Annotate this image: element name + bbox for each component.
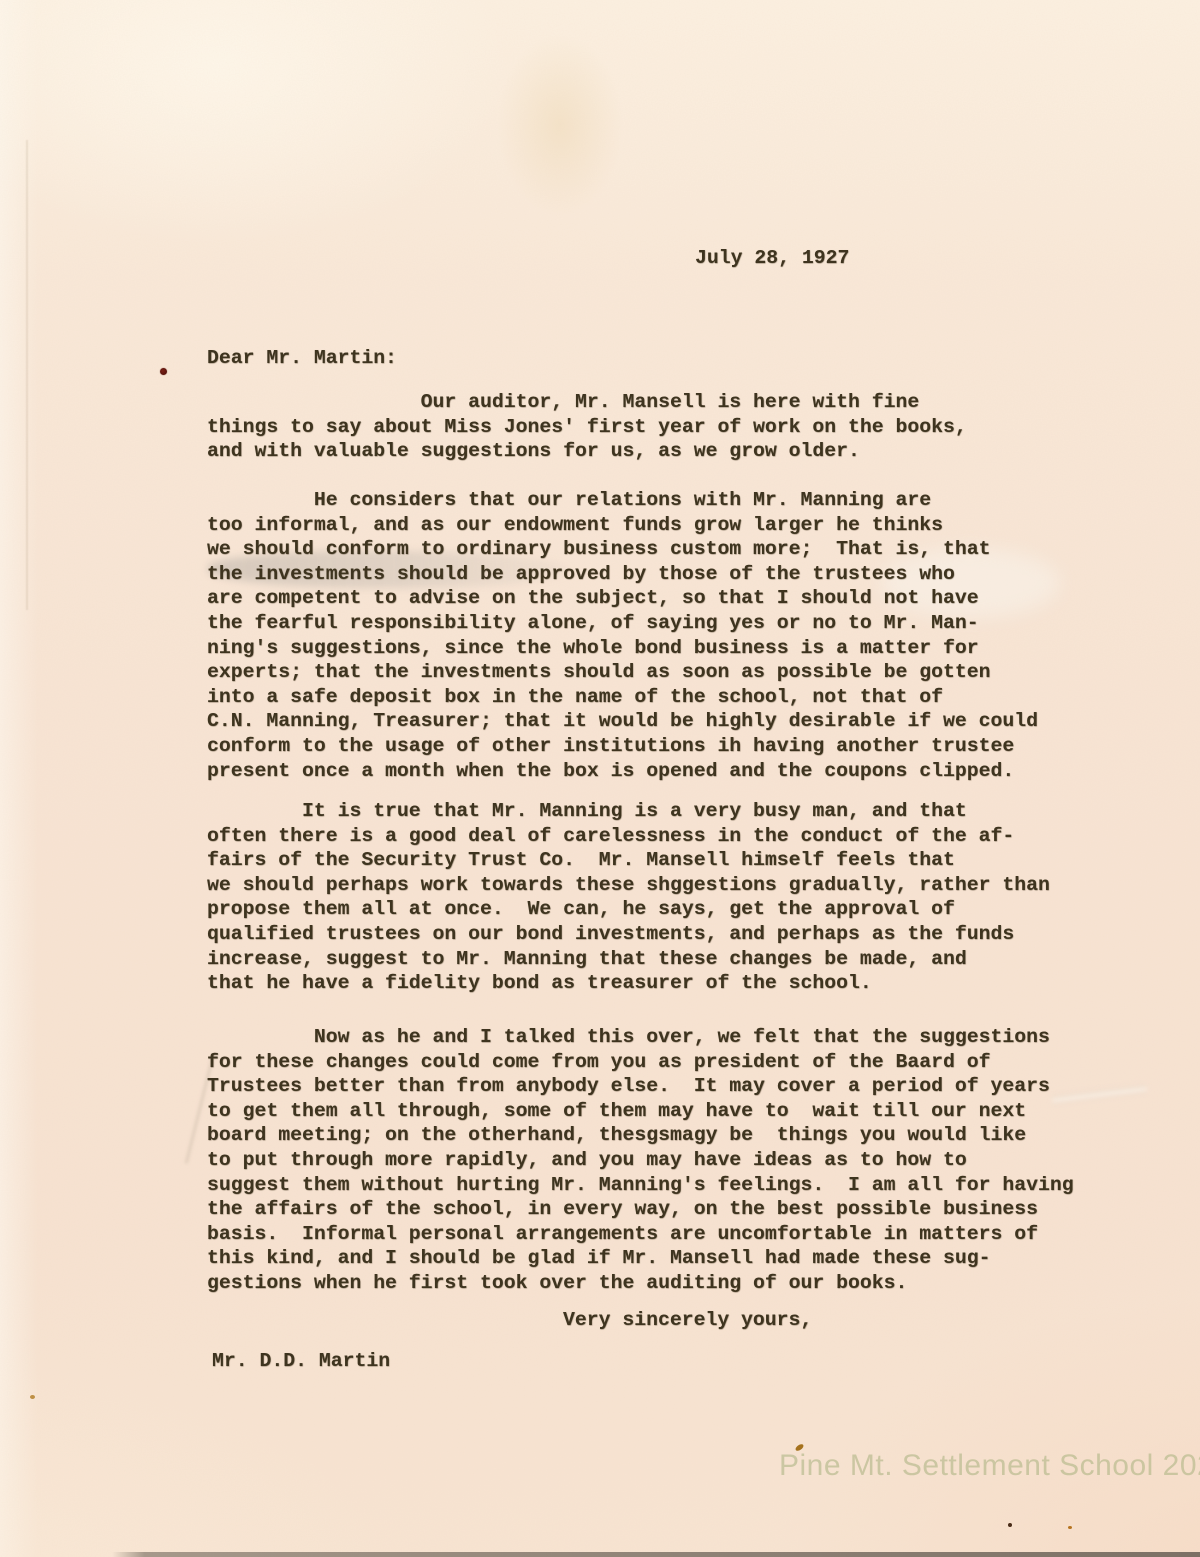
date-text: July 28, 1927 xyxy=(695,246,849,271)
letter-line: increase, suggest to Mr. Manning that th… xyxy=(207,947,1050,972)
letter-line: C.N. Manning, Treasurer; that it would b… xyxy=(207,709,1038,734)
letter-line: to put through more rapidly, and you may… xyxy=(207,1148,1074,1173)
paragraph-3: It is true that Mr. Manning is a very bu… xyxy=(207,799,1050,996)
paper-speck xyxy=(30,1395,35,1399)
letter-line: suggest them without hurting Mr. Manning… xyxy=(207,1173,1074,1198)
paragraph-1: Our auditor, Mr. Mansell is here with fi… xyxy=(207,390,967,464)
letter-date: July 28, 1927 xyxy=(695,246,849,271)
letter-line: are competent to advise on the subject, … xyxy=(207,586,1038,611)
letter-line: to get them all through, some of them ma… xyxy=(207,1099,1074,1124)
paper-fold-line xyxy=(26,140,28,610)
letter-line: the affairs of the school, in every way,… xyxy=(207,1197,1074,1222)
letter-line: fairs of the Security Trust Co. Mr. Mans… xyxy=(207,848,1050,873)
letter-line: that he have a fidelity bond as treasure… xyxy=(207,971,1050,996)
letter-line: It is true that Mr. Manning is a very bu… xyxy=(207,799,1050,824)
archive-watermark: Pine Mt. Settlement School 2021 xyxy=(779,1449,1200,1483)
closing-text: Very sincerely yours, xyxy=(563,1308,812,1333)
letter-line: too informal, and as our endowment funds… xyxy=(207,513,1038,538)
letter-line: gestions when he first took over the aud… xyxy=(207,1271,1074,1296)
salutation-text: Dear Mr. Martin: xyxy=(207,346,397,371)
salutation: Dear Mr. Martin: xyxy=(207,346,397,371)
scanned-letter-page: July 28, 1927 Dear Mr. Martin: Our audit… xyxy=(0,0,1200,1557)
letter-line: propose them all at once. We can, he say… xyxy=(207,897,1050,922)
letter-line: present once a month when the box is ope… xyxy=(207,759,1038,784)
letter-line: the investments should be approved by th… xyxy=(207,562,1038,587)
letter-line: experts; that the investments should as … xyxy=(207,660,1038,685)
letter-line: this kind, and I should be glad if Mr. M… xyxy=(207,1246,1074,1271)
closing: Very sincerely yours, xyxy=(563,1308,812,1333)
letter-line: into a safe deposit box in the name of t… xyxy=(207,685,1038,710)
paper-speck xyxy=(1008,1523,1012,1527)
letter-line: He considers that our relations with Mr.… xyxy=(207,488,1038,513)
letter-line: Trustees better than from anybody else. … xyxy=(207,1074,1074,1099)
ink-spot xyxy=(160,368,167,375)
scan-edge-shadow xyxy=(112,1552,1200,1557)
paper-speck xyxy=(1068,1526,1072,1529)
letter-line: Now as he and I talked this over, we fel… xyxy=(207,1025,1074,1050)
signature-text: Mr. D.D. Martin xyxy=(212,1349,390,1374)
letter-line: for these changes could come from you as… xyxy=(207,1050,1074,1075)
paragraph-4: Now as he and I talked this over, we fel… xyxy=(207,1025,1074,1296)
letter-line: and with valuable suggestions for us, as… xyxy=(207,439,967,464)
letter-line: conform to the usage of other institutio… xyxy=(207,734,1038,759)
letter-line: things to say about Miss Jones' first ye… xyxy=(207,415,967,440)
paragraph-2: He considers that our relations with Mr.… xyxy=(207,488,1038,783)
letter-line: ning's suggestions, since the whole bond… xyxy=(207,636,1038,661)
letter-line: often there is a good deal of carelessne… xyxy=(207,824,1050,849)
letter-line: qualified trustees on our bond investmen… xyxy=(207,922,1050,947)
letter-line: we should perhaps work towards these shg… xyxy=(207,873,1050,898)
letter-line: board meeting; on the otherhand, thesgsm… xyxy=(207,1123,1074,1148)
letter-line: Our auditor, Mr. Mansell is here with fi… xyxy=(207,390,967,415)
letter-line: the fearful responsibility alone, of say… xyxy=(207,611,1038,636)
letter-line: we should conform to ordinary business c… xyxy=(207,537,1038,562)
letter-line: basis. Informal personal arrangements ar… xyxy=(207,1222,1074,1247)
signature: Mr. D.D. Martin xyxy=(212,1349,390,1374)
